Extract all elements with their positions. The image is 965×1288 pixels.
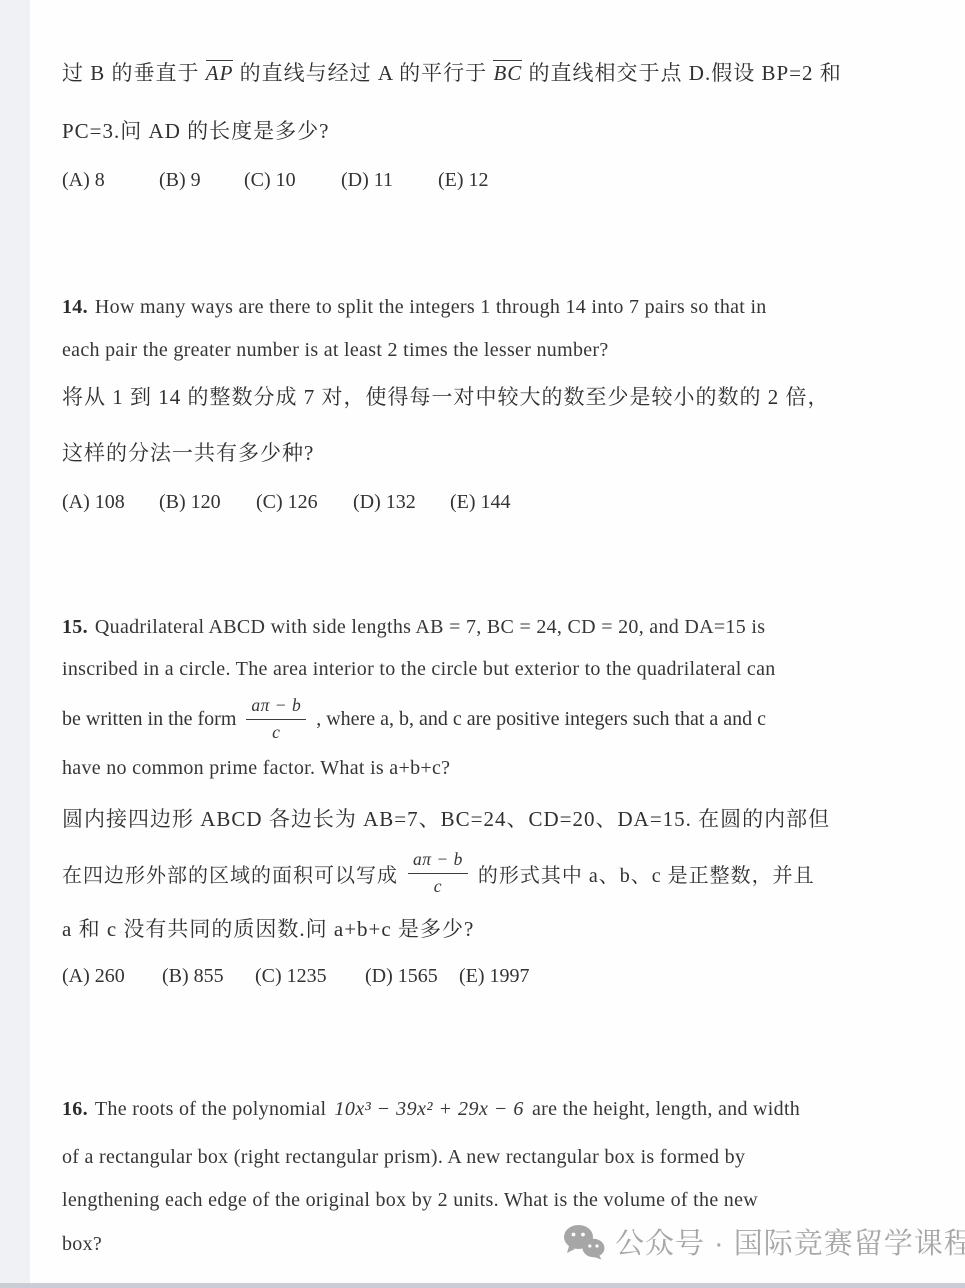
q14-line-2: each pair the greater number is at least… bbox=[62, 339, 609, 362]
q13-line1-post: 的直线相交于点 D.假设 BP=2 和 bbox=[522, 61, 841, 85]
choice-C: (C) 10 bbox=[244, 169, 341, 192]
q13-line-1: 过 B 的垂直于 AP 的直线与经过 A 的平行于 BC 的直线相交于点 D.假… bbox=[62, 57, 842, 87]
q15-zh-line2-pre: 在四边形外部的区域的面积可以写成 bbox=[62, 859, 398, 888]
page-left-margin bbox=[0, 0, 30, 1288]
q16-en-line1-pre: The roots of the polynomial bbox=[95, 1098, 326, 1120]
q15-en-line3-post: , where a, b, and c are positive integer… bbox=[316, 708, 766, 731]
q15-en-line3-pre: be written in the form bbox=[62, 708, 236, 731]
choice-A: (A) 260 bbox=[62, 965, 162, 988]
q14-line-1: 14.How many ways are there to split the … bbox=[62, 296, 767, 319]
q15-line-1: 15.Quadrilateral ABCD with side lengths … bbox=[62, 616, 765, 639]
q14-zh-line-2: 这样的分法一共有多少种? bbox=[62, 437, 314, 467]
segment-BC-overline: BC bbox=[493, 60, 522, 84]
choice-C: (C) 126 bbox=[256, 491, 353, 514]
choice-B: (B) 120 bbox=[159, 491, 256, 514]
fraction-denominator: c bbox=[434, 874, 442, 898]
q13-line1-mid: 的直线与经过 A 的平行于 bbox=[233, 61, 493, 85]
q14-en-line1: How many ways are there to split the int… bbox=[95, 296, 767, 318]
q15-line-2: inscribed in a circle. The area interior… bbox=[62, 658, 776, 681]
q15-line-3: be written in the form aπ − b c , where … bbox=[62, 686, 766, 752]
q16-line-4: box? bbox=[62, 1233, 102, 1256]
choice-E: (E) 1997 bbox=[459, 965, 530, 988]
choice-D: (D) 132 bbox=[353, 491, 450, 514]
choice-A: (A) 108 bbox=[62, 491, 159, 514]
choice-D: (D) 1565 bbox=[365, 965, 459, 988]
fraction-a-pi-minus-b-over-c: aπ − b c bbox=[246, 695, 306, 744]
q15-zh-line2-post: 的形式其中 a、b、c 是正整数，并且 bbox=[478, 859, 815, 888]
page-bottom-edge bbox=[0, 1283, 965, 1288]
document-page: 过 B 的垂直于 AP 的直线与经过 A 的平行于 BC 的直线相交于点 D.假… bbox=[0, 0, 965, 1288]
fraction-numerator: aπ − b bbox=[246, 695, 306, 720]
q15-en-line1: Quadrilateral ABCD with side lengths AB … bbox=[95, 616, 765, 638]
wechat-icon bbox=[563, 1224, 605, 1260]
fraction-numerator: aπ − b bbox=[408, 849, 468, 874]
q15-zh-line-2: 在四边形外部的区域的面积可以写成 aπ − b c 的形式其中 a、b、c 是正… bbox=[62, 840, 815, 906]
q16-number: 16. bbox=[62, 1098, 88, 1120]
fraction-denominator: c bbox=[272, 720, 280, 744]
q16-line-2: of a rectangular box (right rectangular … bbox=[62, 1146, 745, 1169]
q13-line1-pre: 过 B 的垂直于 bbox=[62, 61, 206, 85]
q13-choices: (A) 8 (B) 9 (C) 10 (D) 11 (E) 12 bbox=[62, 169, 489, 192]
choice-D: (D) 11 bbox=[341, 169, 438, 192]
choice-E: (E) 144 bbox=[450, 491, 511, 514]
q16-line-1: 16.The roots of the polynomial10x³ − 39x… bbox=[62, 1098, 800, 1121]
q15-zh-line-3: a 和 c 没有共同的质因数.问 a+b+c 是多少? bbox=[62, 913, 474, 943]
q15-zh-line-1: 圆内接四边形 ABCD 各边长为 AB=7、BC=24、CD=20、DA=15.… bbox=[62, 803, 830, 833]
q14-choices: (A) 108 (B) 120 (C) 126 (D) 132 (E) 144 bbox=[62, 491, 511, 514]
choice-E: (E) 12 bbox=[438, 169, 489, 192]
polynomial-formula: 10x³ − 39x² + 29x − 6 bbox=[334, 1098, 524, 1120]
choice-B: (B) 9 bbox=[159, 169, 244, 192]
segment-AP-overline: AP bbox=[206, 60, 234, 84]
watermark: 公众号 · 国际竞赛留学课程 bbox=[563, 1221, 965, 1262]
choice-B: (B) 855 bbox=[162, 965, 255, 988]
choice-C: (C) 1235 bbox=[255, 965, 365, 988]
fraction-a-pi-minus-b-over-c: aπ − b c bbox=[408, 849, 468, 898]
q16-line-3: lengthening each edge of the original bo… bbox=[62, 1189, 758, 1212]
q15-line-4: have no common prime factor. What is a+b… bbox=[62, 757, 450, 780]
q15-number: 15. bbox=[62, 616, 88, 638]
q16-en-line1-post: are the height, length, and width bbox=[532, 1098, 800, 1120]
watermark-text: 公众号 · 国际竞赛留学课程 bbox=[615, 1221, 965, 1262]
q14-zh-line-1: 将从 1 到 14 的整数分成 7 对，使得每一对中较大的数至少是较小的数的 2… bbox=[62, 381, 830, 411]
q14-number: 14. bbox=[62, 296, 88, 318]
choice-A: (A) 8 bbox=[62, 169, 159, 192]
q13-line-2: PC=3.问 AD 的长度是多少? bbox=[62, 115, 329, 145]
q15-choices: (A) 260 (B) 855 (C) 1235 (D) 1565 (E) 19… bbox=[62, 965, 530, 988]
